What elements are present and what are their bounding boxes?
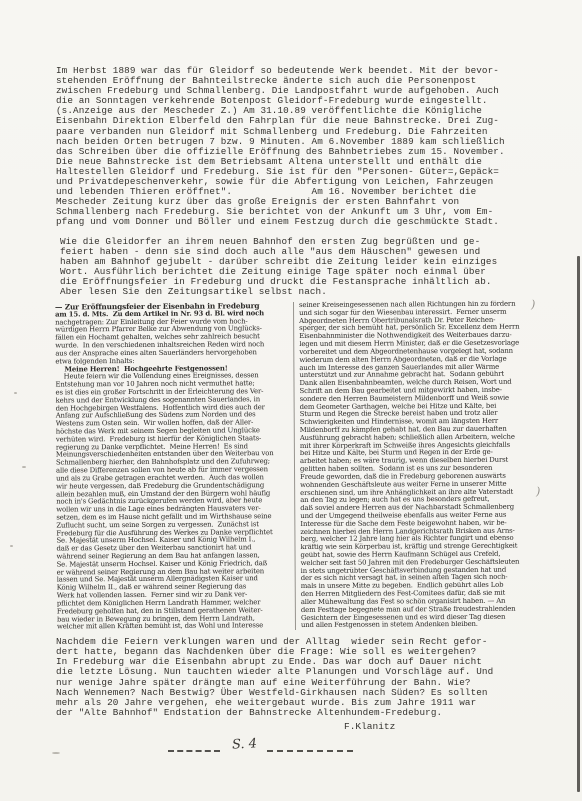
text-line: welcher mit allen Kräften bemüht ist, da… [57, 622, 295, 631]
typed-outro-paragraph: Nachdem die Feiern verklungen waren und … [56, 637, 538, 718]
underline-dash-left [168, 740, 220, 752]
clipping-left-column: — Zur Eröffnungsfeier der Eisenbahn in F… [55, 302, 295, 632]
text-line: pfang und vom Donner und Böller und eine… [56, 217, 538, 227]
text-line: der "Alte Bahnhof" Endstation der Bahnst… [56, 708, 538, 718]
underline-dash-right [267, 740, 353, 752]
page-content: Im Herbst 1889 war das für Gleidorf so b… [56, 66, 538, 752]
pen-mark: ) [531, 298, 535, 311]
photocopy-speck [52, 752, 60, 754]
photocopy-speck [14, 392, 17, 394]
author-signature: F.Klanitz [344, 721, 538, 732]
scan-edge-shadow [577, 256, 580, 792]
scanned-page: Im Herbst 1889 war das für Gleidorf so b… [0, 0, 582, 801]
text-line: Aber lesen Sie den Zeitungsartikel selbs… [56, 287, 538, 297]
typed-middle-paragraph: Wie die Gleidorfer an ihrem neuen Bahnho… [56, 237, 538, 298]
pen-mark: ) [536, 485, 540, 498]
page-number-row: S. 4 [168, 736, 538, 752]
photocopy-speck [22, 466, 26, 468]
newspaper-clipping: — Zur Eröffnungsfeier der Eisenbahn in F… [55, 301, 539, 632]
clipping-right-column: seiner Kreiseingesessenen nach allen Ric… [293, 301, 534, 631]
photocopy-speck [10, 545, 13, 547]
page-number: S. 4 [232, 736, 258, 752]
typed-intro-paragraph: Im Herbst 1889 war das für Gleidorf so b… [56, 66, 538, 228]
text-line: und allen Festgenossen in stetem Andenke… [301, 621, 534, 630]
